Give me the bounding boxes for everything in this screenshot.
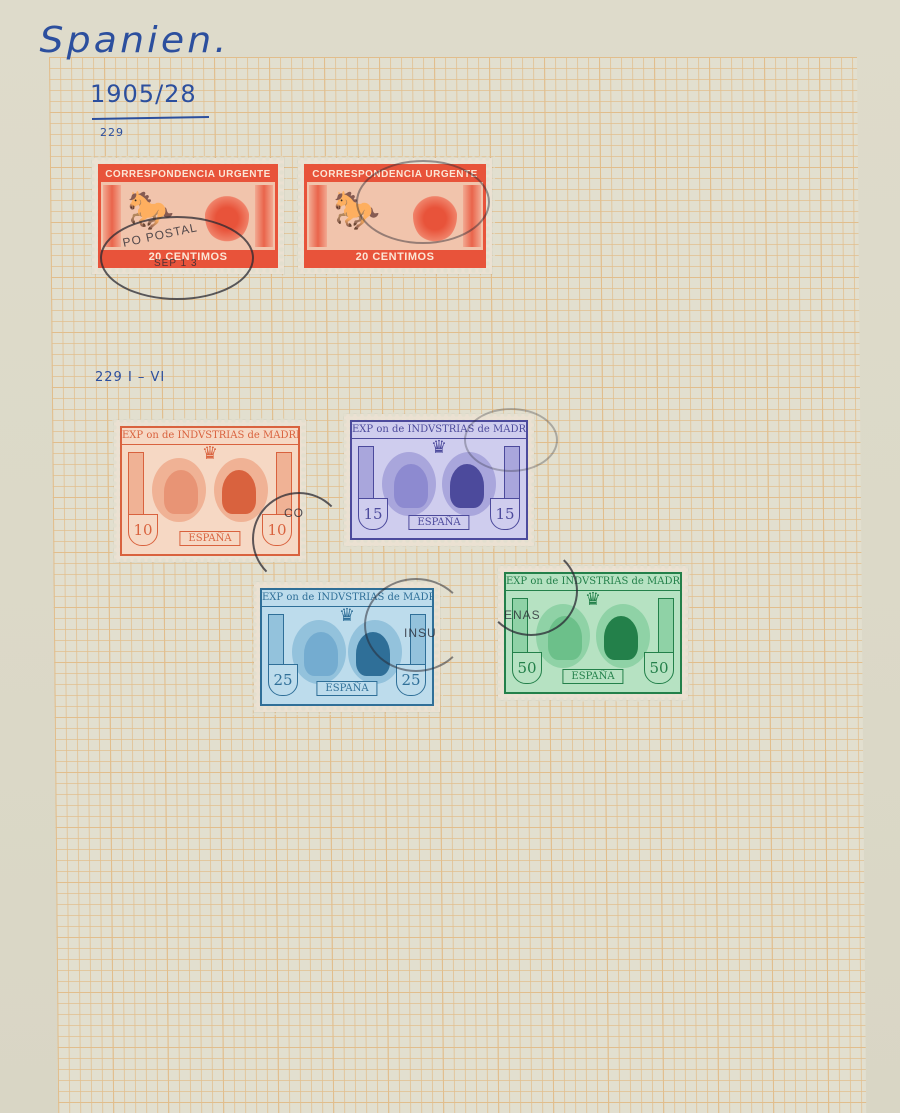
side-panel-correos bbox=[128, 452, 144, 516]
value-left: 15 bbox=[358, 498, 388, 530]
king-portrait-icon bbox=[222, 470, 256, 514]
side-panel-ano bbox=[276, 452, 292, 516]
value-right: 50 bbox=[644, 652, 674, 684]
stamp-value-text: 20 CENTIMOS bbox=[307, 250, 483, 265]
country-heading: Spanien. bbox=[39, 20, 229, 61]
queen-portrait-icon bbox=[394, 464, 428, 508]
queen-portrait-icon bbox=[548, 616, 582, 660]
stamp-urgente-2[interactable]: CORRESPONDENCIA URGENTE 🐎 20 CENTIMOS bbox=[298, 158, 492, 274]
stamp-design: EXP on de INDVSTRIAS de MADRID ♛ 10 10 E… bbox=[120, 426, 300, 556]
stamp-country: ESPAÑA bbox=[316, 681, 377, 696]
stamp-expo-15c[interactable]: EXP on de INDVSTRIAS de MADRID ♛ 15 15 E… bbox=[344, 414, 534, 546]
album-page: Spanien. 1905/28 229 CORRESPONDENCIA URG… bbox=[0, 0, 900, 1113]
value-left: 25 bbox=[268, 664, 298, 696]
pegasus-icon: 🐎 bbox=[333, 191, 380, 229]
stamp-top-text: CORRESPONDENCIA URGENTE bbox=[307, 167, 483, 182]
stamp-value-text: 20 CENTIMOS bbox=[101, 250, 275, 265]
caryatid-left-icon bbox=[103, 185, 121, 247]
crown-icon: ♛ bbox=[202, 445, 218, 463]
caryatid-right-icon bbox=[255, 185, 273, 247]
stamp-urgente-1[interactable]: CORRESPONDENCIA URGENTE 🐎 20 CENTIMOS PO… bbox=[92, 158, 284, 274]
stamp-country: ESPAÑA bbox=[562, 669, 623, 684]
stamp-expo-50c[interactable]: EXP on de INDVSTRIAS de MADRID ♛ 50 50 E… bbox=[498, 566, 688, 700]
queen-portrait-icon bbox=[164, 470, 198, 514]
value-left: 10 bbox=[128, 514, 158, 546]
king-portrait-icon bbox=[356, 632, 390, 676]
value-left: 50 bbox=[512, 652, 542, 684]
crown-icon: ♛ bbox=[339, 607, 355, 625]
coat-of-arms-icon bbox=[205, 189, 249, 243]
stamp-expo-25c[interactable]: EXP on de INDVSTRIAS de MADRID ♛ 25 25 E… bbox=[254, 582, 440, 712]
stamp-design: EXP on de INDVSTRIAS de MADRID ♛ 25 25 E… bbox=[260, 588, 434, 706]
stamp-design: EXP on de INDVSTRIAS de MADRID ♛ 50 50 E… bbox=[504, 572, 682, 694]
stamp-country: ESPAÑA bbox=[408, 515, 469, 530]
catalog-ref-229: 229 bbox=[100, 126, 124, 139]
stamp-design: CORRESPONDENCIA URGENTE 🐎 20 CENTIMOS bbox=[304, 164, 486, 268]
crown-icon: ♛ bbox=[585, 591, 601, 609]
king-portrait-icon bbox=[450, 464, 484, 508]
queen-portrait-icon bbox=[304, 632, 338, 676]
stamp-country: ESPAÑA bbox=[179, 531, 240, 546]
pegasus-icon: 🐎 bbox=[127, 191, 174, 229]
catalog-ref-229-i-vi: 229 I – VI bbox=[95, 370, 165, 385]
stamp-top-text: CORRESPONDENCIA URGENTE bbox=[101, 167, 275, 182]
caryatid-left-icon bbox=[309, 185, 327, 247]
stamp-design: EXP on de INDVSTRIAS de MADRID ♛ 15 15 E… bbox=[350, 420, 528, 540]
king-portrait-icon bbox=[604, 616, 638, 660]
value-right: 15 bbox=[490, 498, 520, 530]
coat-of-arms-icon bbox=[413, 189, 457, 243]
caryatid-right-icon bbox=[463, 185, 481, 247]
value-right: 25 bbox=[396, 664, 426, 696]
year-range: 1905/28 bbox=[90, 80, 197, 108]
stamp-expo-10c[interactable]: EXP on de INDVSTRIAS de MADRID ♛ 10 10 E… bbox=[114, 420, 306, 562]
crown-icon: ♛ bbox=[431, 439, 447, 457]
value-right: 10 bbox=[262, 514, 292, 546]
stamp-design: CORRESPONDENCIA URGENTE 🐎 20 CENTIMOS bbox=[98, 164, 278, 268]
